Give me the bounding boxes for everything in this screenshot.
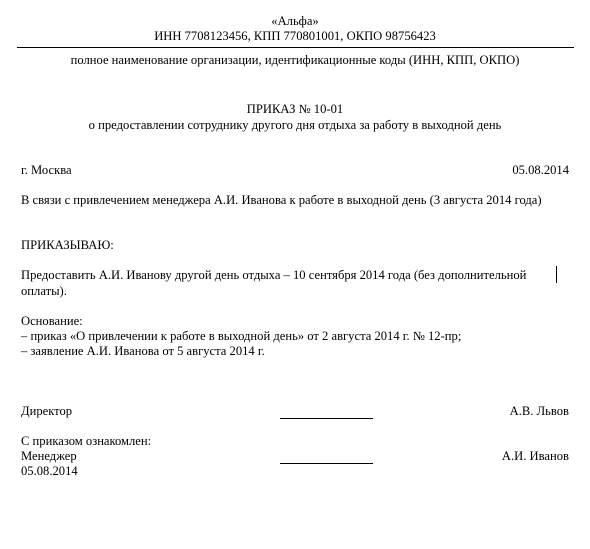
director-title: Директор bbox=[21, 404, 72, 419]
employee-signature-line bbox=[280, 463, 373, 464]
order-city: г. Москва bbox=[21, 163, 72, 178]
org-name: «Альфа» bbox=[0, 14, 590, 29]
order-title: ПРИКАЗ № 10-01 bbox=[0, 102, 590, 117]
basis-item: – приказ «О привлечении к работе в выход… bbox=[21, 329, 461, 344]
order-preamble: В связи с привлечением менеджера А.И. Ив… bbox=[21, 193, 542, 208]
acknowledged-label: С приказом ознакомлен: bbox=[21, 434, 151, 449]
employee-sign-date: 05.08.2014 bbox=[21, 464, 78, 479]
decree-heading: ПРИКАЗЫВАЮ: bbox=[21, 238, 114, 253]
director-signature-line bbox=[280, 418, 373, 419]
employee-name: А.И. Иванов bbox=[502, 449, 569, 464]
order-subtitle: о предоставлении сотруднику другого дня … bbox=[0, 118, 590, 133]
org-codes: ИНН 7708123456, КПП 770801001, ОКПО 9875… bbox=[0, 29, 590, 44]
org-caption: полное наименование организации, идентиф… bbox=[0, 53, 590, 68]
order-date: 05.08.2014 bbox=[512, 163, 569, 178]
header-divider bbox=[17, 47, 574, 48]
decree-text-line1: Предоставить А.И. Иванову другой день от… bbox=[21, 268, 526, 283]
basis-item: – заявление А.И. Иванова от 5 августа 20… bbox=[21, 344, 265, 359]
decree-text-line2: оплаты). bbox=[21, 284, 67, 299]
text-cursor bbox=[556, 266, 557, 283]
director-name: А.В. Львов bbox=[510, 404, 569, 419]
basis-heading: Основание: bbox=[21, 314, 83, 329]
employee-title: Менеджер bbox=[21, 449, 77, 464]
